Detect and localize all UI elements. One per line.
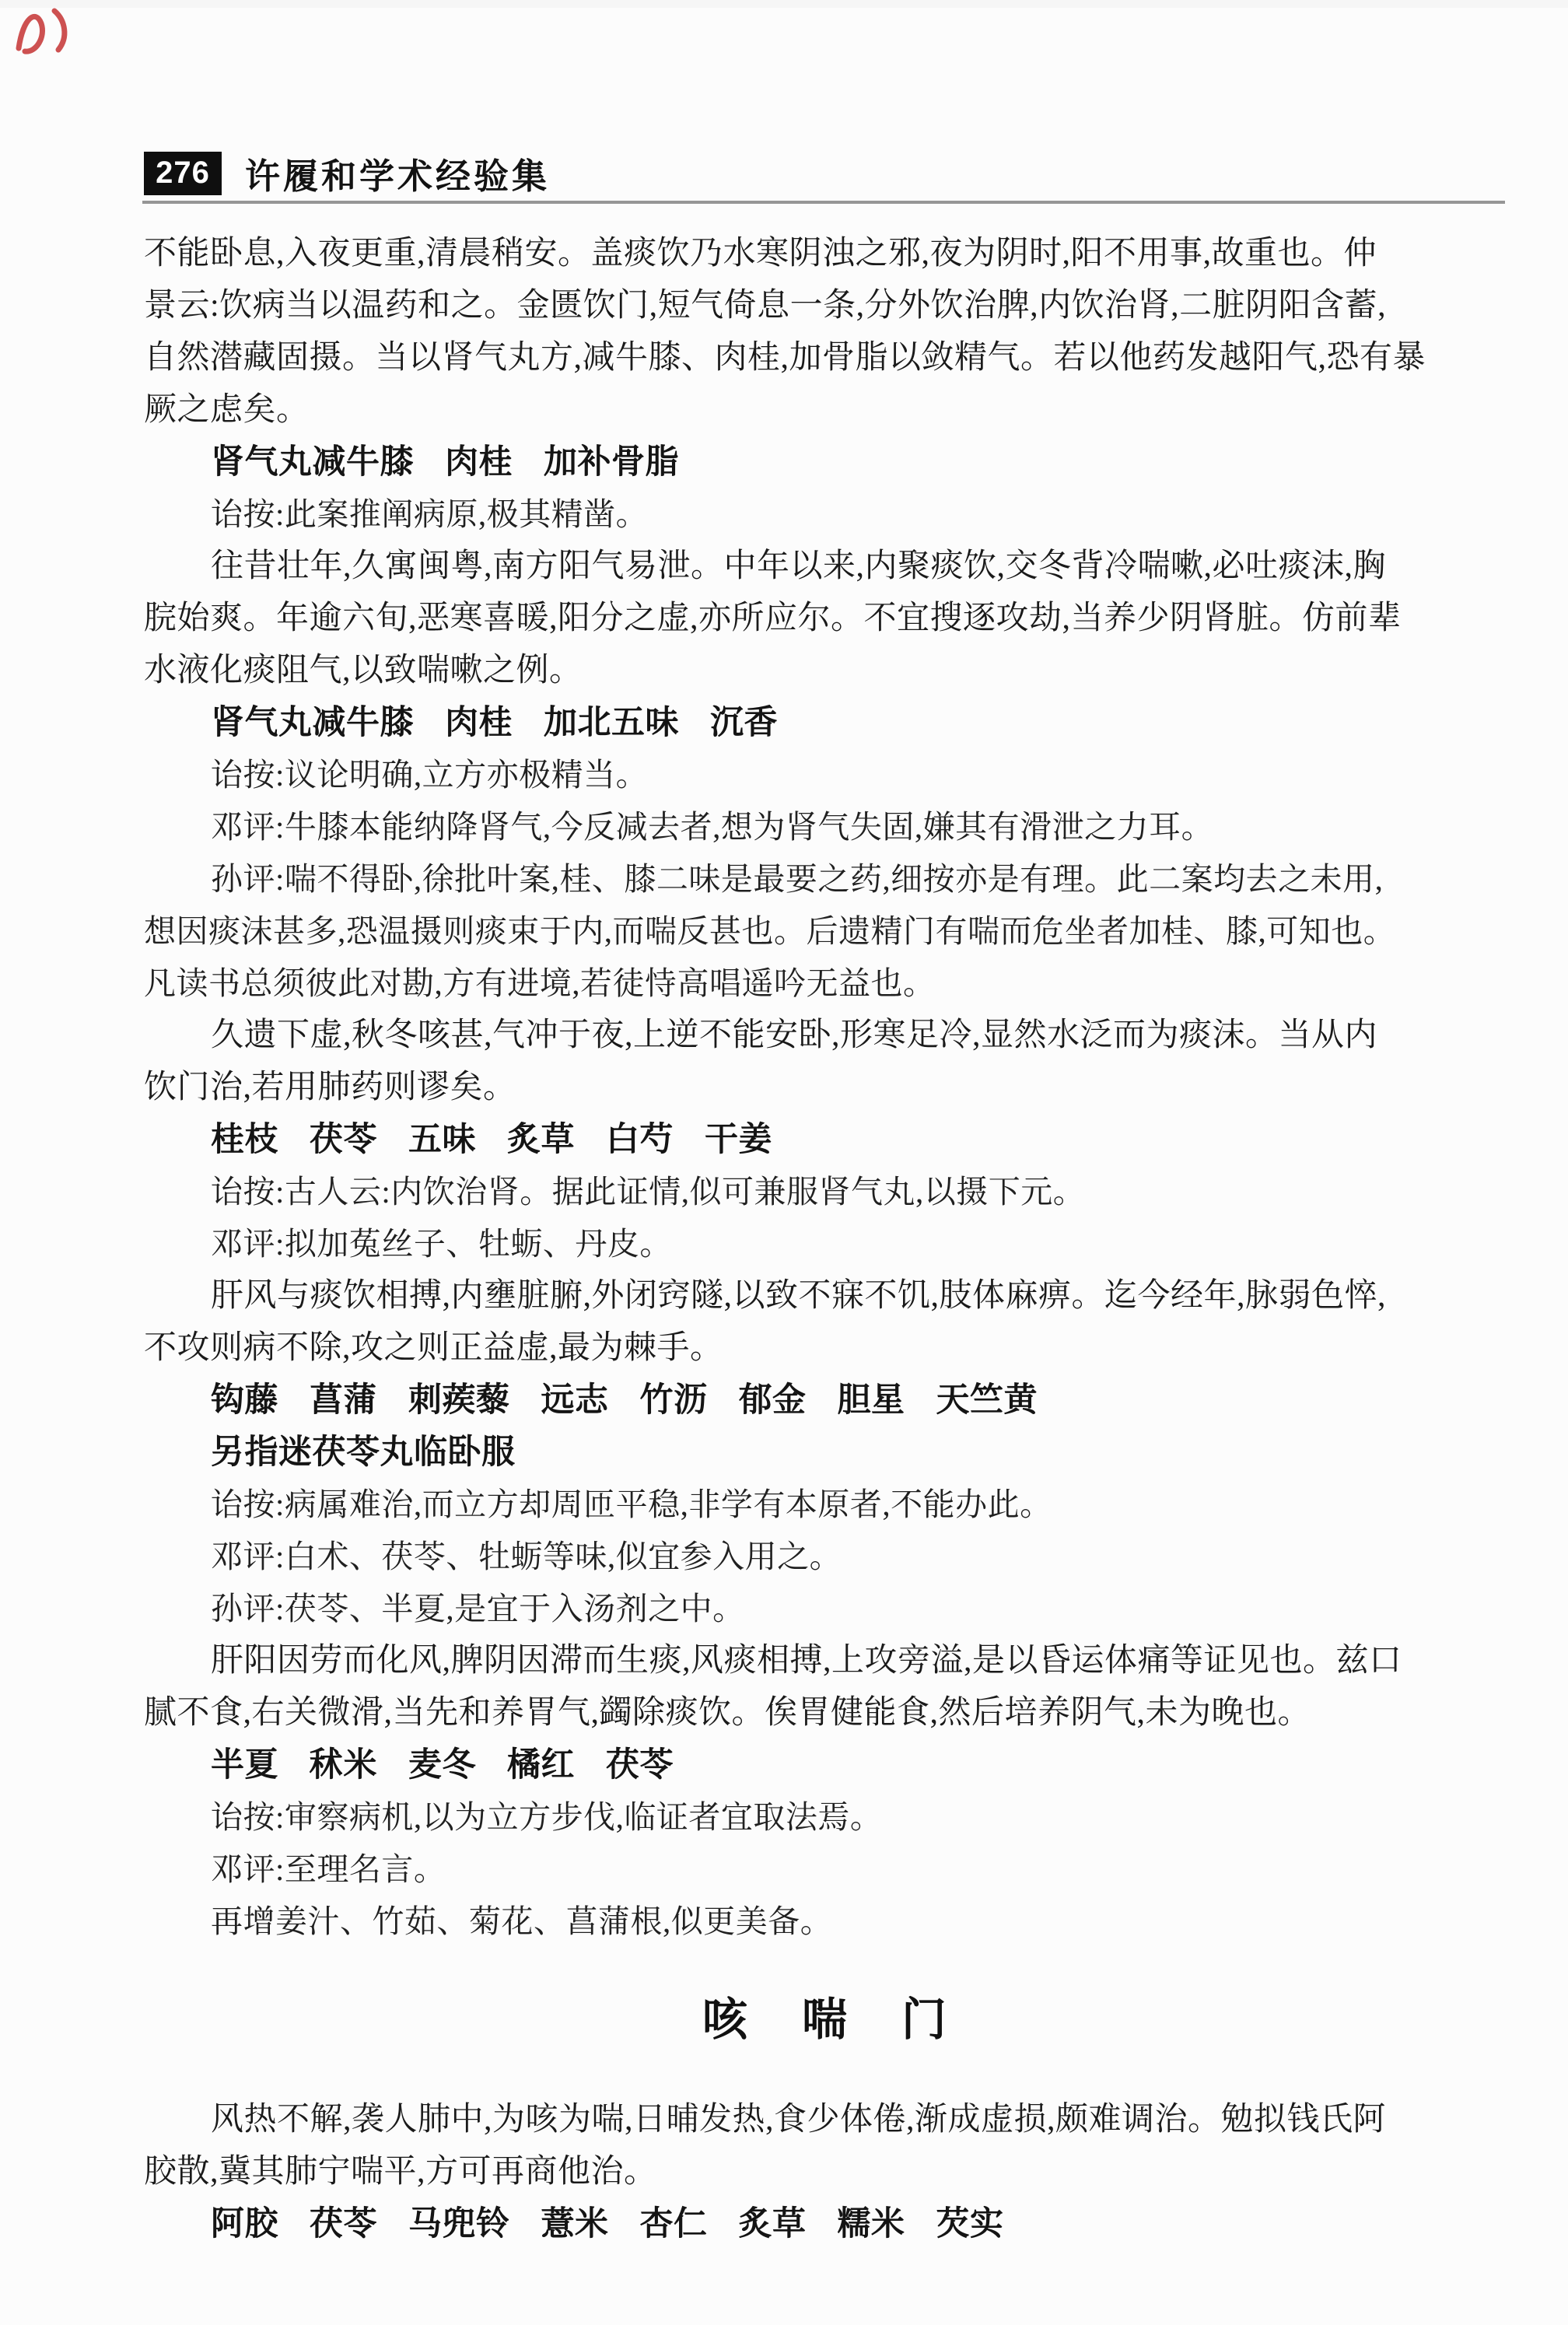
drug-name: 天竺黄 xyxy=(936,1374,1038,1427)
text-line: 孙评:茯苓、半夏,是宜于入汤剂之中。 xyxy=(144,1583,1510,1635)
text-line: 腻不食,右关微滑,当先和养胃气,蠲除痰饮。俟胃健能食,然后培养阴气,未为晚也。 xyxy=(144,1687,1510,1739)
text-line: 饮门治,若用肺药则谬矣。 xyxy=(144,1062,1510,1114)
page-number-badge: 276 xyxy=(144,152,222,195)
text-line: 往昔壮年,久寓闽粤,南方阳气易泄。中年以来,内聚痰饮,交冬背冷喘嗽,必吐痰沫,胸 xyxy=(144,541,1510,593)
prescription-line: 肾气丸减牛膝肉桂加补骨脂 xyxy=(144,436,1510,488)
text-line: 孙评:喘不得卧,徐批叶案,桂、膝二味是最要之药,细按亦是有理。此二案均去之未用, xyxy=(144,853,1510,905)
drug-name: 五味 xyxy=(408,1114,476,1166)
text-line: 诒按:议论明确,立方亦极精当。 xyxy=(144,749,1510,801)
text-line: 胶散,冀其肺宁喘平,方可再商他治。 xyxy=(144,2146,1510,2198)
drug-name: 白芍 xyxy=(606,1114,674,1166)
drug-name: 肾气丸减牛膝 xyxy=(211,697,414,749)
drug-name: 薏米 xyxy=(541,2198,609,2250)
text-line: 想因痰沫甚多,恐温摄则痰束于内,而喘反甚也。后遗精门有喘而危坐者加桂、膝,可知也… xyxy=(144,905,1510,958)
drug-name: 糯米 xyxy=(838,2198,905,2250)
drug-name: 桂枝 xyxy=(211,1114,278,1166)
text-line: 诒按:病属难治,而立方却周匝平稳,非学有本原者,不能办此。 xyxy=(144,1479,1510,1531)
drug-name: 菖蒲 xyxy=(310,1374,377,1427)
text-column: 不能卧息,入夜更重,清晨稍安。盖痰饮乃水寒阴浊之邪,夜为阴时,阳不用事,故重也。… xyxy=(144,228,1510,2250)
text-line: 不能卧息,入夜更重,清晨稍安。盖痰饮乃水寒阴浊之邪,夜为阴时,阳不用事,故重也。… xyxy=(144,228,1510,280)
text-line: 水液化痰阻气,以致喘嗽之例。 xyxy=(144,645,1510,697)
prescription-line: 阿胶茯苓马兜铃薏米杏仁炙草糯米芡实 xyxy=(144,2198,1510,2250)
drug-name: 炙草 xyxy=(739,2198,807,2250)
drug-name: 胆星 xyxy=(838,1374,905,1427)
book-title: 许履和学术经验集 xyxy=(245,148,550,198)
drug-name: 郁金 xyxy=(739,1374,807,1427)
drug-name: 另指迷茯苓丸临卧服 xyxy=(211,1427,516,1479)
text-line: 邓评:白术、茯苓、牡蛎等味,似宜参入用之。 xyxy=(144,1531,1510,1583)
red-pen-scribble xyxy=(9,3,81,67)
drug-name: 秫米 xyxy=(310,1739,377,1791)
drug-name: 杏仁 xyxy=(640,2198,708,2250)
header-rule xyxy=(142,201,1505,204)
prescription-line: 半夏秫米麦冬橘红茯苓 xyxy=(144,1739,1510,1791)
drug-name: 半夏 xyxy=(211,1739,278,1791)
text-line: 再增姜汁、竹茹、菊花、菖蒲根,似更美备。 xyxy=(144,1896,1510,1948)
scan-edge-shading xyxy=(0,0,1568,8)
section-heading: 咳 喘 门 xyxy=(144,1993,1510,2047)
text-line: 景云:饮病当以温药和之。金匮饮门,短气倚息一条,分外饮治脾,内饮治肾,二脏阴阳含… xyxy=(144,280,1510,332)
drug-name: 茯苓 xyxy=(310,1114,377,1166)
prescription-line: 另指迷茯苓丸临卧服 xyxy=(144,1427,1510,1479)
text-line: 凡读书总须彼此对勘,方有进境,若徒恃高唱遥吟无益也。 xyxy=(144,958,1510,1010)
text-line: 邓评:牛膝本能纳降肾气,今反减去者,想为肾气失固,嫌其有滑泄之力耳。 xyxy=(144,801,1510,853)
drug-name: 阿胶 xyxy=(211,2198,278,2250)
drug-name: 钩藤 xyxy=(211,1374,278,1427)
drug-name: 芡实 xyxy=(936,2198,1004,2250)
drug-name: 加补骨脂 xyxy=(544,436,679,488)
drug-name: 肾气丸减牛膝 xyxy=(211,436,414,488)
drug-name: 马兜铃 xyxy=(408,2198,510,2250)
drug-name: 茯苓 xyxy=(606,1739,674,1791)
prescription-line: 钩藤菖蒲刺蒺藜远志竹沥郁金胆星天竺黄 xyxy=(144,1374,1510,1427)
drug-name: 炙草 xyxy=(507,1114,575,1166)
drug-name: 干姜 xyxy=(705,1114,772,1166)
prescription-line: 桂枝茯苓五味炙草白芍干姜 xyxy=(144,1114,1510,1166)
drug-name: 麦冬 xyxy=(408,1739,476,1791)
text-line: 邓评:拟加菟丝子、牡蛎、丹皮。 xyxy=(144,1218,1510,1270)
text-line: 邓评:至理名言。 xyxy=(144,1844,1510,1896)
text-line: 脘始爽。年逾六旬,恶寒喜暖,阳分之虚,亦所应尔。不宜搜逐攻劫,当养少阴肾脏。仿前… xyxy=(144,593,1510,645)
text-line: 诒按:此案推阐病原,极其精凿。 xyxy=(144,488,1510,541)
prescription-line: 肾气丸减牛膝肉桂加北五味沉香 xyxy=(144,697,1510,749)
drug-name: 加北五味 xyxy=(544,697,679,749)
drug-name: 肉桂 xyxy=(445,436,513,488)
text-line: 风热不解,袭人肺中,为咳为喘,日晡发热,食少体倦,渐成虚损,颇难调治。勉拟钱氏阿 xyxy=(144,2094,1510,2146)
text-line: 自然潜藏固摄。当以肾气丸方,减牛膝、肉桂,加骨脂以敛精气。若以他药发越阳气,恐有… xyxy=(144,332,1510,384)
drug-name: 肉桂 xyxy=(445,697,513,749)
drug-name: 茯苓 xyxy=(310,2198,377,2250)
text-line: 肝阳因劳而化风,脾阴因滞而生痰,风痰相搏,上攻旁溢,是以昏运体痛等证见也。兹口 xyxy=(144,1635,1510,1687)
text-line: 诒按:古人云:内饮治肾。据此证情,似可兼服肾气丸,以摄下元。 xyxy=(144,1166,1510,1218)
drug-name: 远志 xyxy=(541,1374,609,1427)
text-line: 不攻则病不除,攻之则正益虚,最为棘手。 xyxy=(144,1322,1510,1374)
drug-name: 橘红 xyxy=(507,1739,575,1791)
text-line: 厥之虑矣。 xyxy=(144,384,1510,436)
drug-name: 沉香 xyxy=(710,697,778,749)
text-line: 久遗下虚,秋冬咳甚,气冲于夜,上逆不能安卧,形寒足冷,显然水泛而为痰沫。当从内 xyxy=(144,1010,1510,1062)
page-header: 276 许履和学术经验集 xyxy=(144,148,550,198)
drug-name: 竹沥 xyxy=(640,1374,708,1427)
drug-name: 刺蒺藜 xyxy=(408,1374,510,1427)
text-line: 诒按:审察病机,以为立方步伐,临证者宜取法焉。 xyxy=(144,1791,1510,1844)
scanned-book-page: 276 许履和学术经验集 不能卧息,入夜更重,清晨稍安。盖痰饮乃水寒阴浊之邪,夜… xyxy=(0,0,1568,2325)
text-line: 肝风与痰饮相搏,内壅脏腑,外闭窍隧,以致不寐不饥,肢体麻痹。迄今经年,脉弱色悴, xyxy=(144,1270,1510,1322)
